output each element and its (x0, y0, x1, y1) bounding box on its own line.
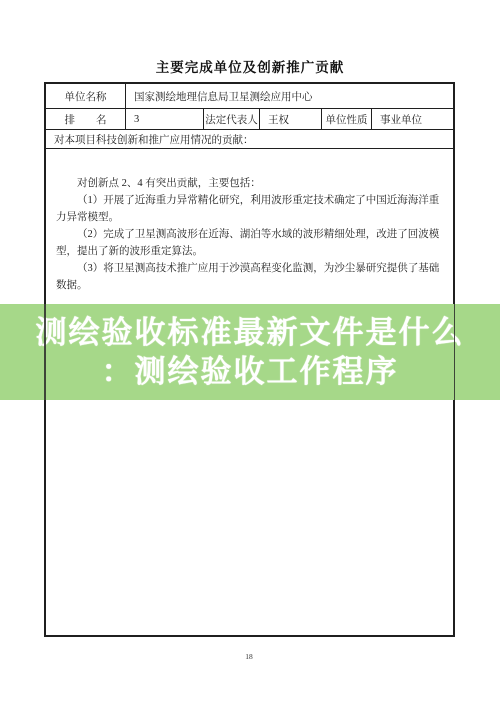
banner-line-1: 测绘验收标准最新文件是什么 (0, 313, 500, 352)
contribution-item-2: （2）完成了卫星测高波形在近海、湖泊等水域的波形精细处理，改进了回波模型，提出了… (56, 226, 445, 260)
page-number: 18 (0, 652, 498, 661)
legal-representative-label: 法定代表人 (204, 109, 260, 129)
document-page: 主要完成单位及创新推广贡献 单位名称 国家测绘地理信息局卫星测绘应用中心 排 名… (0, 0, 500, 707)
contribution-header-text: 对本项目科技创新和推广应用情况的贡献： (54, 132, 254, 147)
page-title: 主要完成单位及创新推广贡献 (0, 56, 500, 76)
unit-nature-label: 单位性质 (322, 109, 372, 129)
contribution-item-3: （3）将卫星测高技术推广应用于沙漠高程变化监测，为沙尘暴研究提供了基础数据。 (56, 260, 445, 294)
table-left-border-overlay (44, 304, 46, 400)
unit-nature-value: 事业单位 (372, 109, 453, 129)
rank-value: 3 (126, 109, 204, 129)
table-right-border-overlay (454, 304, 456, 400)
legal-representative-value: 王权 (260, 109, 322, 129)
banner-line-2: ：测绘验收工作程序 (0, 352, 500, 391)
contribution-intro: 对创新点 2、4 有突出贡献，主要包括： (56, 175, 445, 192)
table-row-rank: 排 名 3 法定代表人 王权 单位性质 事业单位 (46, 109, 453, 130)
table-row-contribution-header: 对本项目科技创新和推广应用情况的贡献： (46, 130, 453, 149)
rank-label: 排 名 (46, 109, 126, 129)
unit-name-label: 单位名称 (46, 84, 126, 108)
unit-name-value: 国家测绘地理信息局卫星测绘应用中心 (126, 84, 453, 108)
green-overlay-banner: 测绘验收标准最新文件是什么 ：测绘验收工作程序 (0, 304, 500, 400)
contribution-item-1: （1）开展了近海重力异常精化研究，利用波形重定技术确定了中国近海海洋重力异常模型… (56, 192, 445, 226)
table-row-unit-name: 单位名称 国家测绘地理信息局卫星测绘应用中心 (46, 84, 453, 109)
